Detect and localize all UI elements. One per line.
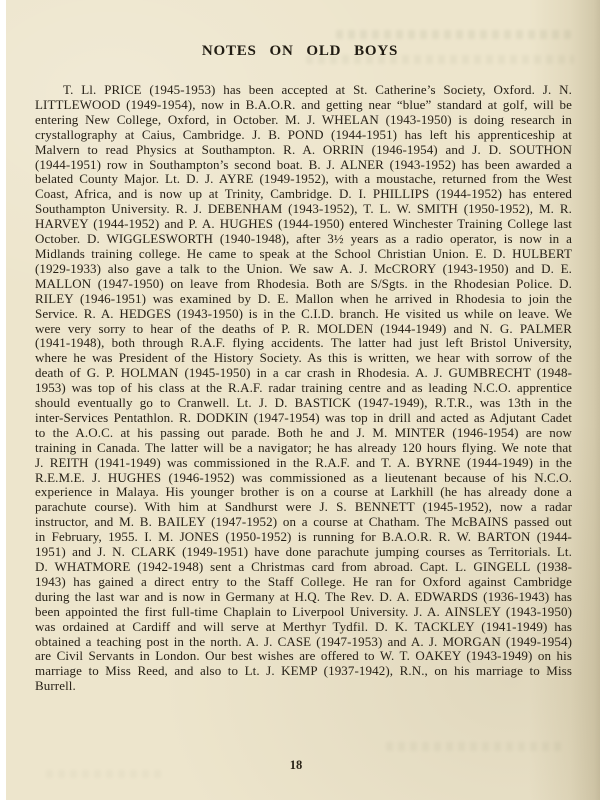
page-title: NOTES ON OLD BOYS: [0, 43, 600, 60]
show-through-ghost-text: [336, 30, 571, 39]
notes-paragraph: T. Ll. PRICE (1945-1953) has been accept…: [35, 83, 572, 694]
page-number: 18: [0, 758, 592, 773]
show-through-ghost-text: [386, 742, 566, 751]
